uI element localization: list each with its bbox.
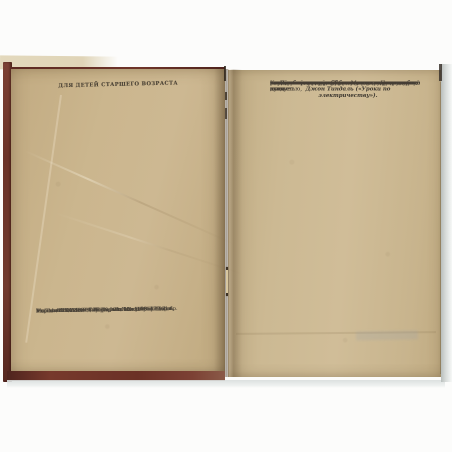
book-scan: ДЛЯ ДЕТЕЙ СТАРШЕГО ВОЗРАСТА «Ловкость в …: [0, 0, 452, 452]
quote-attribution: Джон Тиндаль («Уроки по электричеству»).: [270, 86, 420, 98]
scanner-shadow-band: [7, 380, 445, 388]
page-edge-dark-notch: [439, 64, 442, 81]
binding-stitch-mark: [224, 66, 226, 81]
page-stack-right-edge: [441, 64, 452, 382]
binding-thread: [226, 267, 228, 296]
page-edge-line: [440, 82, 441, 374]
faint-stamp-mark: [356, 330, 418, 340]
binding-stitch-mark: [225, 92, 227, 100]
binding-stitch-mark: [225, 108, 227, 119]
